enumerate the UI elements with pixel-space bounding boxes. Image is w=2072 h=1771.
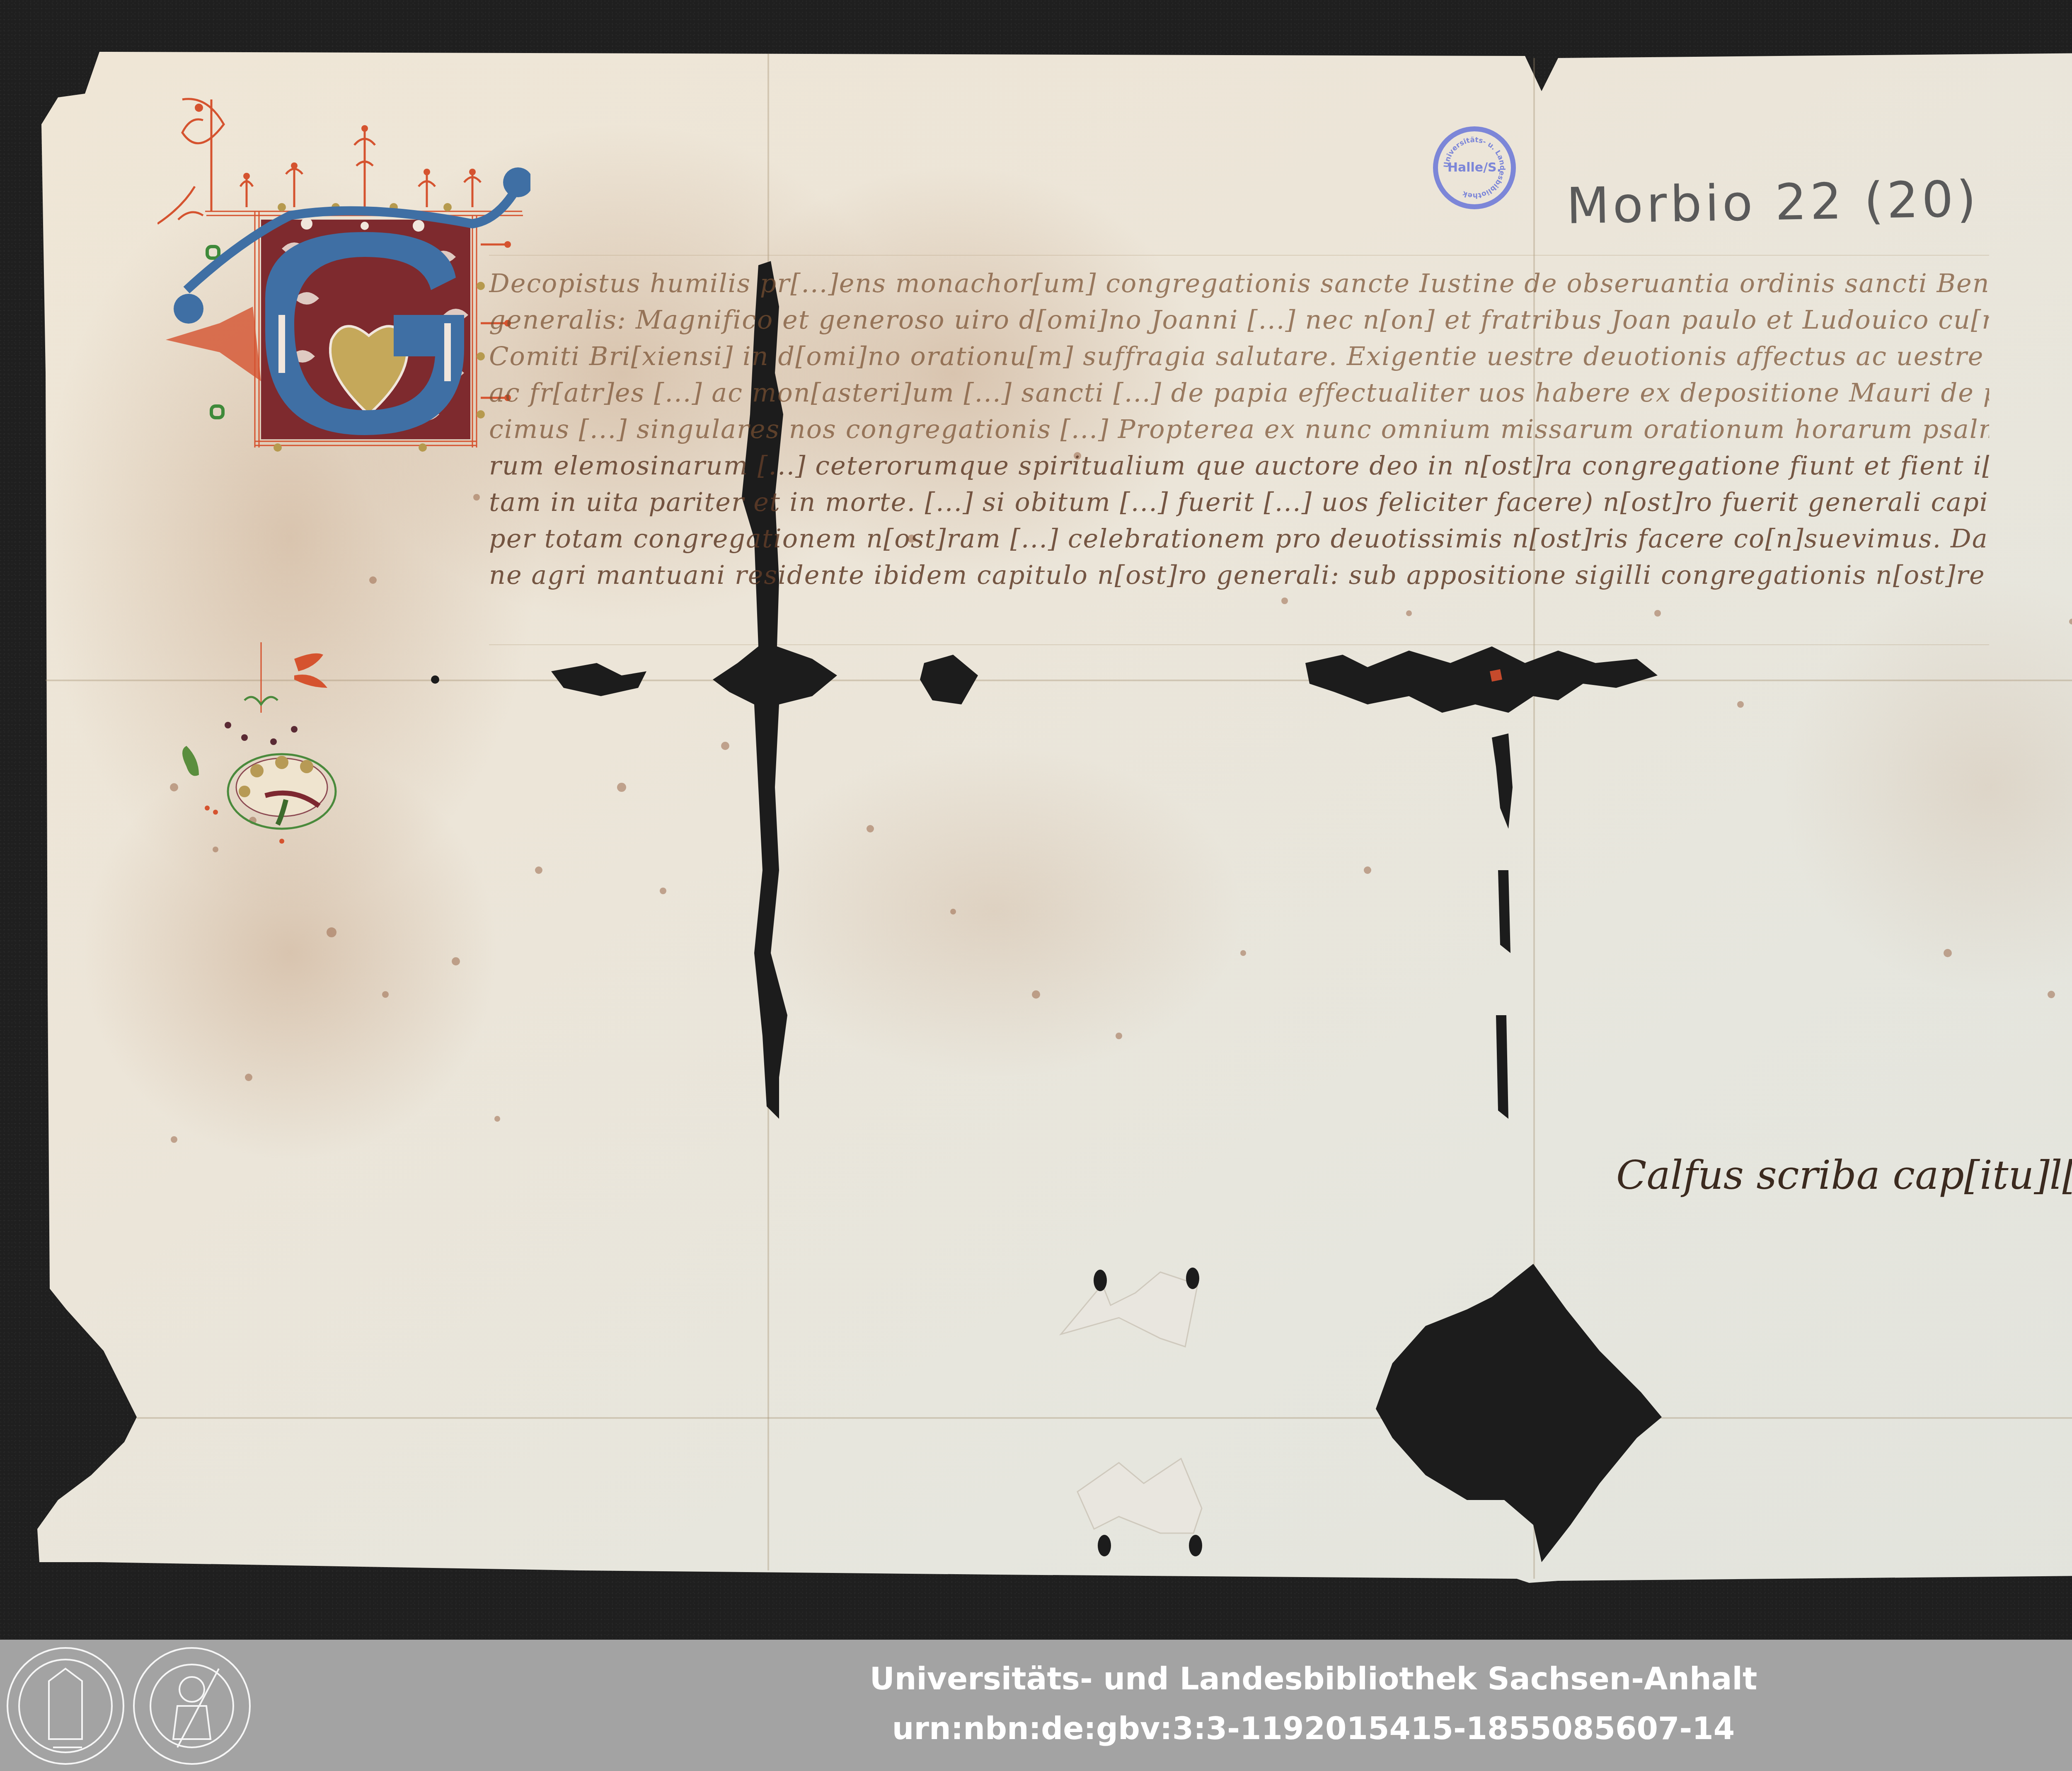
pencil-shelfmark: Morbio 22 (20) <box>1566 170 1980 235</box>
text-line: generalis: Magnifico et generoso uiro d[… <box>489 302 1989 338</box>
urn-identifier[interactable]: urn:nbn:de:gbv:3:3-1192015415-1855085607… <box>0 1711 2072 1747</box>
text-line: Decopistus humilis pr[...]ens monachor[u… <box>489 265 1989 302</box>
text-line: Comiti Bri[xiensi] in d[omi]no orationu[… <box>489 338 1989 375</box>
flower-ornament-icon <box>157 642 365 870</box>
scribe-signature: Calfus scriba cap[itu]l[i] <box>1616 1152 2072 1198</box>
library-stamp: Universitäts- u. Landesbibliothek Halle/… <box>1433 126 1516 209</box>
stamp-center-text: Halle/S. <box>1438 160 1511 175</box>
marginal-flourish <box>157 642 365 870</box>
text-line: ne agri mantuani residente ibidem capitu… <box>489 557 1989 593</box>
initial-g-icon <box>157 83 530 456</box>
text-line: per totam congregationem n[ost]ram [...]… <box>489 520 1989 557</box>
institution-name: Universitäts- und Landesbibliothek Sachs… <box>0 1661 2072 1697</box>
text-line: cimus [...] singulares nos congregationi… <box>489 411 1989 448</box>
text-line: rum elemosinarum [...] ceterorumque spir… <box>489 448 1989 484</box>
text-line: ac fr[atr]es [...] ac mon[asteri]um [...… <box>489 375 1989 411</box>
footer-bar: Universitäts- und Landesbibliothek Sachs… <box>0 1640 2072 1771</box>
illuminated-initial <box>157 83 530 456</box>
text-line: tam in uita pariter et in morte. [...] s… <box>489 484 1989 520</box>
charter-text: Decopistus humilis pr[...]ens monachor[u… <box>489 265 1989 593</box>
